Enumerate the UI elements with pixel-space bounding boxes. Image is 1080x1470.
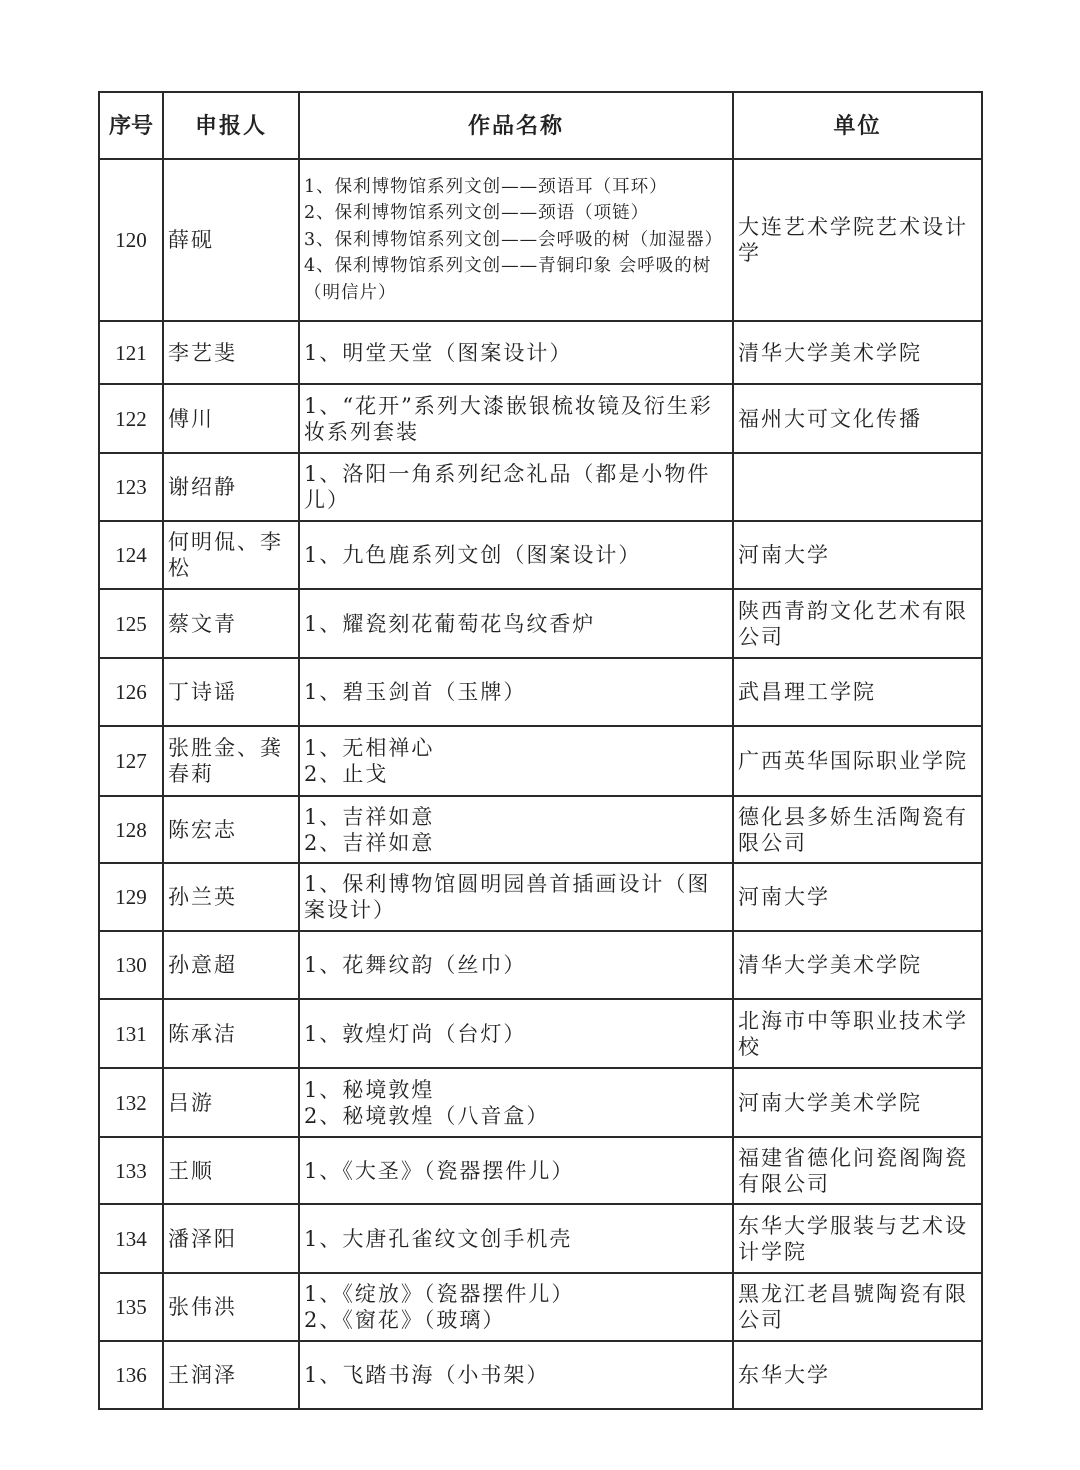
table-row: 124 何明侃、李松 1、九色鹿系列文创（图案设计） 河南大学 [99,521,982,589]
row-works: 1、无相禅心 2、止戈 [299,726,733,796]
work-item: 1、秘境敦煌 [304,1077,728,1103]
row-unit: 清华大学美术学院 [733,931,982,999]
row-num: 122 [99,384,163,453]
row-works: 1、秘境敦煌 2、秘境敦煌（八音盒） [299,1068,733,1137]
row-works: 1、碧玉剑首（玉牌） [299,658,733,726]
row-applicant: 王顺 [163,1137,299,1204]
work-item: 1、“花开”系列大漆嵌银梳妆镜及衍生彩妆系列套装 [304,393,728,445]
row-works: 1、《大圣》（瓷器摆件儿） [299,1137,733,1204]
row-unit: 河南大学 [733,863,982,931]
row-applicant: 何明侃、李松 [163,521,299,589]
table-header-row: 序号 申报人 作品名称 单位 [99,92,982,159]
work-item: 2、《窗花》（玻璃） [304,1307,728,1333]
row-unit: 东华大学服装与艺术设计学院 [733,1204,982,1273]
work-item: 1、耀瓷刻花葡萄花鸟纹香炉 [304,611,728,637]
work-item: 1、吉祥如意 [304,804,728,830]
row-num: 131 [99,999,163,1068]
work-item: 2、止戈 [304,761,728,787]
table-row: 129 孙兰英 1、保利博物馆圆明园兽首插画设计（图案设计） 河南大学 [99,863,982,931]
row-num: 128 [99,796,163,863]
row-works: 1、九色鹿系列文创（图案设计） [299,521,733,589]
row-applicant: 陈宏志 [163,796,299,863]
table-row: 134 潘泽阳 1、大唐孔雀纹文创手机壳 东华大学服装与艺术设计学院 [99,1204,982,1273]
table-row: 127 张胜金、龚春莉 1、无相禅心 2、止戈 广西英华国际职业学院 [99,726,982,796]
row-num: 127 [99,726,163,796]
work-item: 1、明堂天堂（图案设计） [304,340,728,366]
header-work: 作品名称 [299,92,733,159]
row-works: 1、大唐孔雀纹文创手机壳 [299,1204,733,1273]
work-item: 4、保利博物馆系列文创——青铜印象 会呼吸的树（明信片） [304,253,728,306]
work-item: 2、保利博物馆系列文创——颈语（项链） [304,200,728,227]
table-row: 130 孙意超 1、花舞纹韵（丝巾） 清华大学美术学院 [99,931,982,999]
row-works: 1、飞踏书海（小书架） [299,1341,733,1409]
work-item: 1、敦煌灯尚（台灯） [304,1021,728,1047]
work-item: 1、大唐孔雀纹文创手机壳 [304,1226,728,1252]
row-works: 1、洛阳一角系列纪念礼品（都是小物件儿） [299,453,733,521]
row-applicant: 蔡文青 [163,589,299,658]
table-row: 122 傅川 1、“花开”系列大漆嵌银梳妆镜及衍生彩妆系列套装 福州大可文化传播 [99,384,982,453]
work-item: 1、保利博物馆系列文创——颈语耳（耳环） [304,174,728,201]
row-num: 120 [99,159,163,321]
work-item: 2、吉祥如意 [304,830,728,856]
table-row: 123 谢绍静 1、洛阳一角系列纪念礼品（都是小物件儿） [99,453,982,521]
table-row: 131 陈承洁 1、敦煌灯尚（台灯） 北海市中等职业技术学校 [99,999,982,1068]
work-item: 1、无相禅心 [304,735,728,761]
row-num: 124 [99,521,163,589]
row-unit: 广西英华国际职业学院 [733,726,982,796]
work-item: 1、《绽放》（瓷器摆件儿） [304,1281,728,1307]
row-unit: 陕西青韵文化艺术有限公司 [733,589,982,658]
table-row: 132 吕游 1、秘境敦煌 2、秘境敦煌（八音盒） 河南大学美术学院 [99,1068,982,1137]
row-works: 1、耀瓷刻花葡萄花鸟纹香炉 [299,589,733,658]
header-applicant: 申报人 [163,92,299,159]
row-applicant: 李艺斐 [163,321,299,384]
work-item: 1、《大圣》（瓷器摆件儿） [304,1158,728,1184]
row-unit: 福州大可文化传播 [733,384,982,453]
row-unit: 清华大学美术学院 [733,321,982,384]
table-row: 135 张伟洪 1、《绽放》（瓷器摆件儿） 2、《窗花》（玻璃） 黑龙江老昌號陶… [99,1273,982,1341]
work-item: 1、九色鹿系列文创（图案设计） [304,542,728,568]
table-row: 120 薛砚 1、保利博物馆系列文创——颈语耳（耳环） 2、保利博物馆系列文创—… [99,159,982,321]
row-num: 129 [99,863,163,931]
row-unit: 福建省德化问瓷阁陶瓷有限公司 [733,1137,982,1204]
row-works: 1、明堂天堂（图案设计） [299,321,733,384]
row-unit: 河南大学 [733,521,982,589]
row-works: 1、敦煌灯尚（台灯） [299,999,733,1068]
row-num: 132 [99,1068,163,1137]
row-applicant: 吕游 [163,1068,299,1137]
row-num: 134 [99,1204,163,1273]
row-works: 1、《绽放》（瓷器摆件儿） 2、《窗花》（玻璃） [299,1273,733,1341]
row-applicant: 孙意超 [163,931,299,999]
table-row: 128 陈宏志 1、吉祥如意 2、吉祥如意 德化县多娇生活陶瓷有限公司 [99,796,982,863]
row-unit: 武昌理工学院 [733,658,982,726]
applicant-works-table: 序号 申报人 作品名称 单位 120 薛砚 1、保利博物馆系列文创——颈语耳（耳… [98,91,983,1410]
row-works: 1、保利博物馆系列文创——颈语耳（耳环） 2、保利博物馆系列文创——颈语（项链）… [299,159,733,321]
row-applicant: 薛砚 [163,159,299,321]
table-row: 121 李艺斐 1、明堂天堂（图案设计） 清华大学美术学院 [99,321,982,384]
table-row: 133 王顺 1、《大圣》（瓷器摆件儿） 福建省德化问瓷阁陶瓷有限公司 [99,1137,982,1204]
row-num: 121 [99,321,163,384]
work-item: 1、碧玉剑首（玉牌） [304,679,728,705]
work-item: 3、保利博物馆系列文创——会呼吸的树（加湿器） [304,227,728,254]
row-num: 126 [99,658,163,726]
table-row: 125 蔡文青 1、耀瓷刻花葡萄花鸟纹香炉 陕西青韵文化艺术有限公司 [99,589,982,658]
row-works: 1、“花开”系列大漆嵌银梳妆镜及衍生彩妆系列套装 [299,384,733,453]
row-unit: 河南大学美术学院 [733,1068,982,1137]
work-item: 1、飞踏书海（小书架） [304,1362,728,1388]
table-row: 126 丁诗谣 1、碧玉剑首（玉牌） 武昌理工学院 [99,658,982,726]
row-applicant: 谢绍静 [163,453,299,521]
row-works: 1、花舞纹韵（丝巾） [299,931,733,999]
work-item: 1、洛阳一角系列纪念礼品（都是小物件儿） [304,461,728,513]
row-applicant: 潘泽阳 [163,1204,299,1273]
row-applicant: 张伟洪 [163,1273,299,1341]
work-item: 1、花舞纹韵（丝巾） [304,952,728,978]
row-unit: 东华大学 [733,1341,982,1409]
work-item: 2、秘境敦煌（八音盒） [304,1103,728,1129]
row-num: 136 [99,1341,163,1409]
row-applicant: 陈承洁 [163,999,299,1068]
row-num: 130 [99,931,163,999]
row-applicant: 孙兰英 [163,863,299,931]
row-unit: 德化县多娇生活陶瓷有限公司 [733,796,982,863]
row-unit: 北海市中等职业技术学校 [733,999,982,1068]
row-unit: 大连艺术学院艺术设计学 [733,159,982,321]
row-works: 1、保利博物馆圆明园兽首插画设计（图案设计） [299,863,733,931]
row-applicant: 丁诗谣 [163,658,299,726]
row-applicant: 王润泽 [163,1341,299,1409]
row-num: 133 [99,1137,163,1204]
row-applicant: 傅川 [163,384,299,453]
header-num: 序号 [99,92,163,159]
row-num: 125 [99,589,163,658]
table-row: 136 王润泽 1、飞踏书海（小书架） 东华大学 [99,1341,982,1409]
work-item: 1、保利博物馆圆明园兽首插画设计（图案设计） [304,871,728,923]
row-applicant: 张胜金、龚春莉 [163,726,299,796]
row-num: 135 [99,1273,163,1341]
header-unit: 单位 [733,92,982,159]
row-works: 1、吉祥如意 2、吉祥如意 [299,796,733,863]
row-unit: 黑龙江老昌號陶瓷有限公司 [733,1273,982,1341]
row-num: 123 [99,453,163,521]
row-unit [733,453,982,521]
